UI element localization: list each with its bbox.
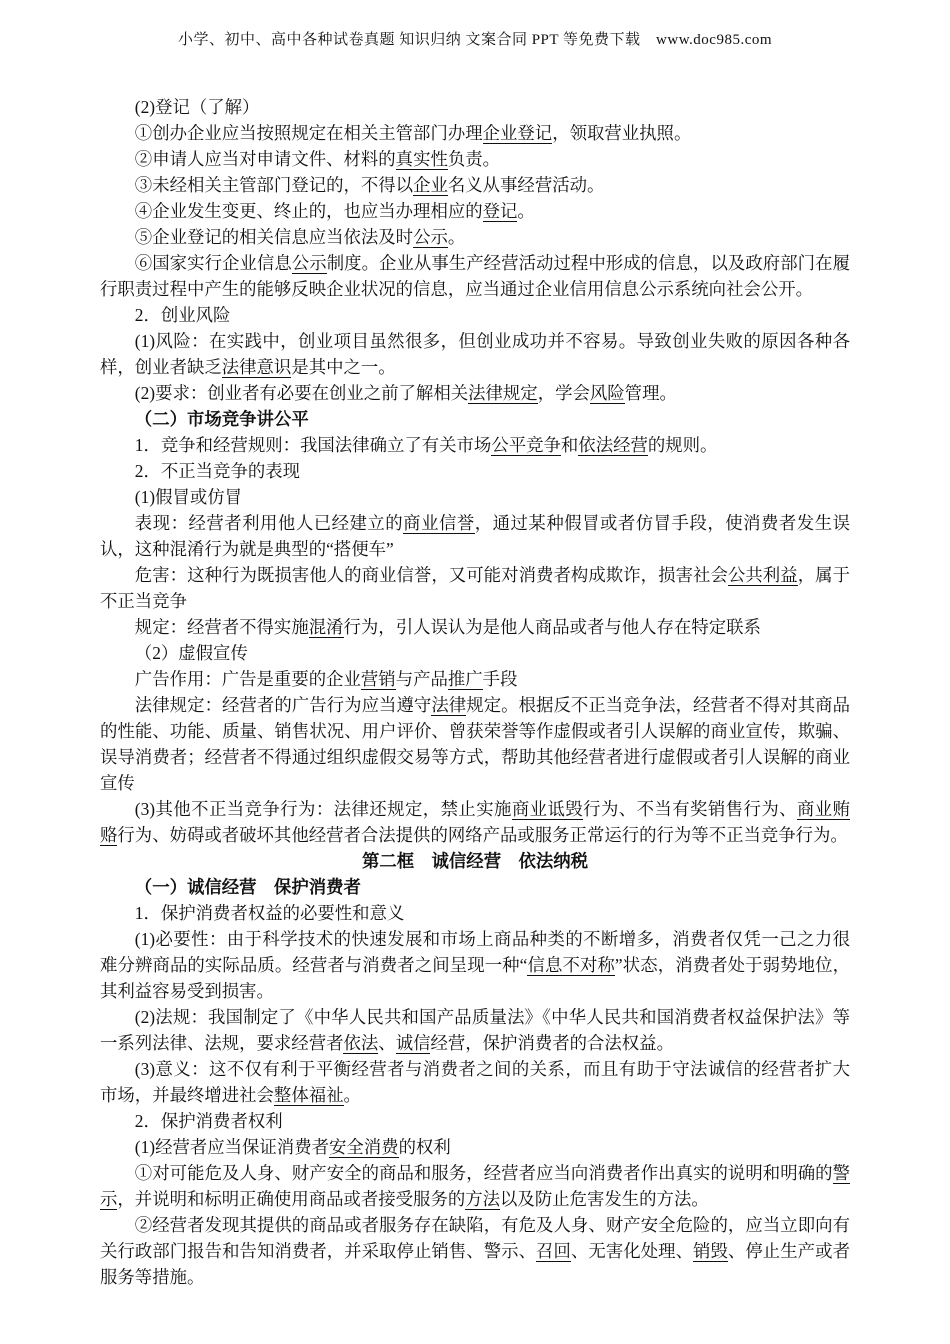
- doc-paragraph: 2．保护消费者权利: [100, 1108, 850, 1134]
- doc-paragraph: (1)假冒或仿冒: [100, 484, 850, 510]
- text-run: 1．保护消费者权益的必要性和意义: [135, 903, 405, 923]
- underlined-term: 方法: [465, 1189, 500, 1210]
- text-run: 、无害化处理、: [571, 1241, 693, 1261]
- underlined-term: 营销: [361, 669, 396, 690]
- text-run: (1)假冒或仿冒: [135, 487, 242, 507]
- text-run: (1)经营者应当保证消费者: [135, 1137, 329, 1157]
- doc-paragraph: (1)必要性：由于科学技术的快速发展和市场上商品种类的不断增多，消费者仅凭一己之…: [100, 926, 850, 1004]
- text-run: ⑤企业登记的相关信息应当依法及时: [135, 227, 413, 247]
- text-run: 表现：经营者利用他人已经建立的: [135, 513, 403, 533]
- text-run: 手段: [483, 669, 518, 689]
- document-page: 小学、初中、高中各种试卷真题 知识归纳 文案合同 PPT 等免费下载 www.d…: [0, 0, 950, 1344]
- underlined-term: 依法: [343, 1033, 378, 1054]
- text-run: 危害：这种行为既损害他人的商业信誉，又可能对消费者构成欺诈，损害社会: [135, 565, 728, 585]
- text-run: (2)登记（了解）: [135, 97, 260, 117]
- text-run: （一）诚信经营 保护消费者: [135, 877, 361, 897]
- doc-paragraph: (1)风险：在实践中，创业项目虽然很多，但创业成功并不容易。导致创业失败的原因各…: [100, 328, 850, 380]
- text-run: 规定：经营者不得实施: [135, 617, 309, 637]
- text-run: 以及防止危害发生的方法。: [500, 1189, 709, 1209]
- doc-paragraph: (1)经营者应当保证消费者安全消费的权利: [100, 1134, 850, 1160]
- underlined-term: 企业: [413, 175, 448, 196]
- doc-paragraph: ①创办企业应当按照规定在相关主管部门办理企业登记，领取营业执照。: [100, 120, 850, 146]
- text-run: 负责。: [448, 149, 500, 169]
- text-run: (2)要求：创业者有必要在创业之前了解相关: [135, 383, 468, 403]
- underlined-term: 依法经营: [578, 435, 648, 456]
- text-run: ②申请人应当对申请文件、材料的: [135, 149, 396, 169]
- text-run: （二）市场竞争讲公平: [135, 409, 309, 429]
- text-run: 2．创业风险: [135, 305, 231, 325]
- underlined-term: 登记: [483, 201, 518, 222]
- doc-paragraph: (2)法规：我国制定了《中华人民共和国产品质量法》《中华人民共和国消费者权益保护…: [100, 1004, 850, 1056]
- text-run: 2．不正当竞争的表现: [135, 461, 300, 481]
- text-run: (3)意义：这不仅有利于平衡经营者与消费者之间的关系，而且有助于守法诚信的经营者…: [100, 1059, 850, 1105]
- doc-paragraph: (2)要求：创业者有必要在创业之前了解相关法律规定，学会风险管理。: [100, 380, 850, 406]
- text-run: 第二框 诚信经营 依法纳税: [362, 851, 588, 871]
- text-run: 2．保护消费者权利: [135, 1111, 283, 1131]
- underlined-term: 销毁: [693, 1241, 728, 1262]
- doc-paragraph: ①对可能危及人身、财产安全的商品和服务，经营者应当向消费者作出真实的说明和明确的…: [100, 1160, 850, 1212]
- text-run: 和: [561, 435, 578, 455]
- doc-paragraph: 1．竞争和经营规则：我国法律确立了有关市场公平竞争和依法经营的规则。: [100, 432, 850, 458]
- doc-paragraph: 危害：这种行为既损害他人的商业信誉，又可能对消费者构成欺诈，损害社会公共利益，属…: [100, 562, 850, 614]
- text-run: ④企业发生变更、终止的，也应当办理相应的: [135, 201, 483, 221]
- text-run: ⑥国家实行企业信息: [135, 253, 292, 273]
- doc-paragraph: ⑤企业登记的相关信息应当依法及时公示。: [100, 224, 850, 250]
- text-run: ③未经相关主管部门登记的，不得以: [135, 175, 413, 195]
- text-run: （2）虚假宣传: [135, 643, 248, 663]
- text-run: 的权利: [399, 1137, 451, 1157]
- doc-paragraph: 1．保护消费者权益的必要性和意义: [100, 900, 850, 926]
- subsection-heading: （二）市场竞争讲公平: [100, 406, 850, 432]
- text-run: 广告作用：广告是重要的企业: [135, 669, 361, 689]
- text-run: 。: [517, 201, 534, 221]
- doc-paragraph: ②申请人应当对申请文件、材料的真实性负责。: [100, 146, 850, 172]
- text-run: ，学会: [538, 383, 590, 403]
- underlined-term: 真实性: [396, 149, 448, 170]
- underlined-term: 诚信: [396, 1033, 431, 1054]
- underlined-term: 召回: [536, 1241, 571, 1262]
- underlined-term: 混淆: [309, 617, 344, 638]
- underlined-term: 公平竞争: [491, 435, 561, 456]
- doc-paragraph: （2）虚假宣传: [100, 640, 850, 666]
- doc-paragraph: ⑥国家实行企业信息公示制度。企业从事生产经营活动过程中形成的信息，以及政府部门在…: [100, 250, 850, 302]
- underlined-term: 推广: [448, 669, 483, 690]
- underlined-term: 企业登记: [483, 123, 553, 144]
- doc-paragraph: 2．创业风险: [100, 302, 850, 328]
- underlined-term: 法律意识: [222, 357, 292, 378]
- underlined-term: 公示: [292, 253, 327, 274]
- underlined-term: 商业信誉: [403, 513, 475, 534]
- page-header: 小学、初中、高中各种试卷真题 知识归纳 文案合同 PPT 等免费下载 www.d…: [0, 0, 950, 50]
- document-body: (2)登记（了解）①创办企业应当按照规定在相关主管部门办理企业登记，领取营业执照…: [100, 94, 850, 1290]
- doc-paragraph: ③未经相关主管部门登记的，不得以企业名义从事经营活动。: [100, 172, 850, 198]
- underlined-term: 公示: [413, 227, 448, 248]
- text-run: 1．竞争和经营规则：我国法律确立了有关市场: [135, 435, 492, 455]
- doc-paragraph: ④企业发生变更、终止的，也应当办理相应的登记。: [100, 198, 850, 224]
- doc-paragraph: (3)意义：这不仅有利于平衡经营者与消费者之间的关系，而且有助于守法诚信的经营者…: [100, 1056, 850, 1108]
- underlined-term: 商业诋毁: [512, 799, 583, 820]
- text-run: ①对可能危及人身、财产安全的商品和服务，经营者应当向消费者作出真实的说明和明确的: [135, 1163, 833, 1183]
- underlined-term: 风险: [590, 383, 625, 404]
- text-run: 行为，引人误认为是他人商品或者与他人存在特定联系: [344, 617, 761, 637]
- underlined-term: 信息不对称: [527, 955, 615, 976]
- underlined-term: 法律规定: [468, 383, 538, 404]
- text-run: 名义从事经营活动。: [448, 175, 605, 195]
- text-run: ①创办企业应当按照规定在相关主管部门办理: [135, 123, 483, 143]
- text-run: 经营，保护消费者的合法权益。: [430, 1033, 673, 1053]
- underlined-term: 安全消费: [329, 1137, 399, 1158]
- text-run: 法律规定：经营者的广告行为应当遵守: [135, 695, 432, 715]
- text-run: 、: [378, 1033, 395, 1053]
- text-run: (1)风险：在实践中，创业项目虽然很多，但创业成功并不容易。导致创业失败的原因各…: [100, 331, 850, 377]
- doc-paragraph: 2．不正当竞争的表现: [100, 458, 850, 484]
- text-run: 。: [448, 227, 465, 247]
- text-run: ，并说明和标明正确使用商品或者接受服务的: [117, 1189, 465, 1209]
- text-run: ，领取营业执照。: [552, 123, 691, 143]
- text-run: 行为、不当有奖销售行为、: [583, 799, 797, 819]
- header-text: 小学、初中、高中各种试卷真题 知识归纳 文案合同 PPT 等免费下载 www.d…: [178, 32, 772, 48]
- underlined-term: 法律: [431, 695, 466, 716]
- underlined-term: 公共利益: [728, 565, 798, 586]
- text-run: 与产品: [396, 669, 448, 689]
- text-run: (3)其他不正当竞争行为：法律还规定，禁止实施: [135, 799, 512, 819]
- text-run: 。: [344, 1085, 361, 1105]
- underlined-term: 整体福祉: [274, 1085, 344, 1106]
- doc-paragraph: 表现：经营者利用他人已经建立的商业信誉，通过某种假冒或者仿冒手段，使消费者发生误…: [100, 510, 850, 562]
- text-run: 行为、妨碍或者破坏其他经营者合法提供的网络产品或服务正常运行的行为等不正当竞争行…: [117, 825, 847, 845]
- doc-paragraph: (3)其他不正当竞争行为：法律还规定，禁止实施商业诋毁行为、不当有奖销售行为、商…: [100, 796, 850, 848]
- doc-paragraph: 法律规定：经营者的广告行为应当遵守法律规定。根据反不正当竞争法，经营者不得对其商…: [100, 692, 850, 796]
- doc-paragraph: (2)登记（了解）: [100, 94, 850, 120]
- text-run: 管理。: [625, 383, 677, 403]
- text-run: 是其中之一。: [291, 357, 395, 377]
- doc-paragraph: ②经营者发现其提供的商品或者服务存在缺陷，有危及人身、财产安全危险的，应当立即向…: [100, 1212, 850, 1290]
- section-title: 第二框 诚信经营 依法纳税: [100, 848, 850, 874]
- text-run: 的规则。: [648, 435, 718, 455]
- doc-paragraph: 广告作用：广告是重要的企业营销与产品推广手段: [100, 666, 850, 692]
- subsection-heading: （一）诚信经营 保护消费者: [100, 874, 850, 900]
- doc-paragraph: 规定：经营者不得实施混淆行为，引人误认为是他人商品或者与他人存在特定联系: [100, 614, 850, 640]
